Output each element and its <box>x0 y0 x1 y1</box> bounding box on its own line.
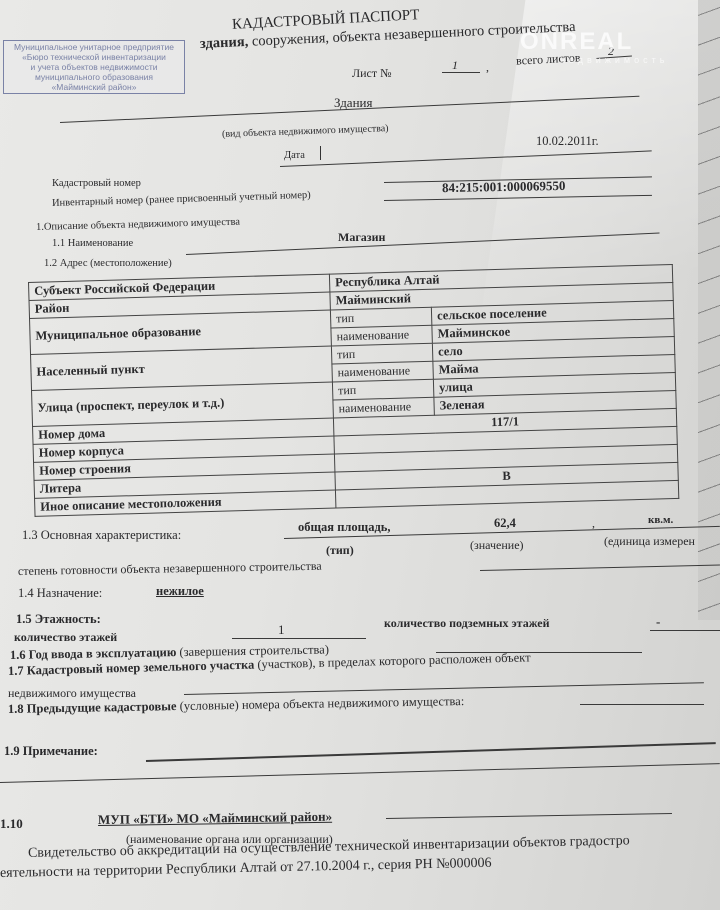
land-label-line2: недвижимого имущества <box>8 686 136 701</box>
characteristic-value-caption: (значение) <box>470 538 524 553</box>
readiness-label: степень готовности объекта незавершенног… <box>18 559 322 579</box>
characteristic-value: 62,4 <box>494 516 516 531</box>
stamp-line: муниципального образования <box>4 72 184 82</box>
floor-count-label: количество этажей <box>14 630 117 645</box>
characteristic-comma: , <box>592 516 595 531</box>
characteristic-type-value: общая площадь, <box>298 520 391 535</box>
characteristic-label: 1.3 Основная характеристика: <box>22 528 181 543</box>
organization-underline <box>386 813 672 819</box>
stamp-line: и учета объектов недвижимости <box>4 62 184 72</box>
sheet-comma: , <box>486 60 489 75</box>
inventory-number-label: Инвентарный номер (ранее присвоенный уче… <box>52 190 311 209</box>
note-label: 1.9 Примечание: <box>4 744 98 759</box>
date-value-text: 10.02.2011г. <box>536 134 599 148</box>
purpose-label: 1.4 Назначение: <box>18 586 102 601</box>
watermark-logo: ONREAL <box>520 28 633 56</box>
note-underline-2 <box>0 763 720 783</box>
characteristic-type-caption: (тип) <box>326 543 354 558</box>
date-underline <box>280 150 652 167</box>
stamp-line: «Бюро технической инвентаризации <box>4 52 184 62</box>
document-photo: КАДАСТРОВЫЙ ПАСПОРТ здания, сооружения, … <box>0 0 720 910</box>
date-separator <box>320 146 321 160</box>
readiness-underline <box>480 565 720 571</box>
sheet-label: Лист № <box>352 66 392 81</box>
floor-count-underline <box>232 638 366 639</box>
address-table: Субъект Российской Федерации Республика … <box>28 264 679 517</box>
section1-heading: 1.Описание объекта недвижимого имущества <box>36 217 240 233</box>
characteristic-unit: кв.м. <box>648 514 673 526</box>
cadastral-number-label: Кадастровый номер <box>52 178 141 189</box>
floors-label: 1.5 Этажность: <box>16 612 101 627</box>
sheet-underline <box>442 72 480 73</box>
stamp-line: «Майминский район» <box>4 82 184 92</box>
underground-floors-underline <box>650 630 720 631</box>
stamp-line: Муниципальное унитарное предприятие <box>4 42 184 52</box>
land-underline <box>184 682 704 695</box>
subtitle-filled: здания, <box>200 34 249 52</box>
purpose-value: нежилое <box>156 584 204 599</box>
previous-numbers-underline <box>580 704 704 705</box>
address-label: 1.2 Адрес (местоположение) <box>44 258 172 269</box>
previous-label-bold: 1.8 Предыдущие кадастровые <box>8 699 177 716</box>
bti-stamp: Муниципальное унитарное предприятие «Бюр… <box>3 40 185 94</box>
note-underline <box>146 742 716 762</box>
name-value: Магазин <box>338 230 385 245</box>
date-label: Дата <box>284 150 305 161</box>
organization-name: МУП «БТИ» МО «Майминский район» <box>98 809 332 828</box>
underground-floors-label: количество подземных этажей <box>384 616 550 631</box>
floor-count-value: 1 <box>278 622 285 638</box>
name-label: 1.1 Наименование <box>52 238 133 249</box>
inventory-number-value: 84:215:001:000069550 <box>442 178 566 196</box>
previous-label-rest: (условные) номера объекта недвижимого им… <box>179 694 464 713</box>
name-underline <box>186 232 660 255</box>
inventory-number-underline <box>384 195 652 201</box>
organization-number: 1.10 <box>0 816 23 832</box>
underground-floors-value: - <box>656 614 660 630</box>
characteristic-unit-caption: (единица измерен <box>604 534 695 549</box>
watermark-subtext: недвижимость <box>560 55 668 65</box>
date-value: 10.02.2011г. <box>536 134 599 149</box>
object-type-caption: (вид объекта недвижимого имущества) <box>222 123 389 140</box>
sheet-value: 1 <box>452 58 458 73</box>
